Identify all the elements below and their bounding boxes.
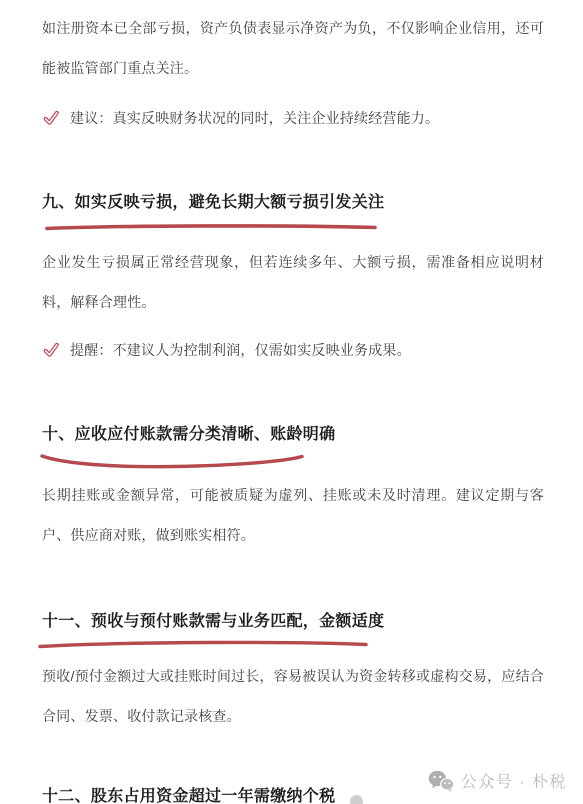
document-page: 如注册资本已全部亏损，资产负债表显示净资产为负，不仅影响企业信用，还可能被监管部…: [0, 0, 583, 804]
red-underline-section-11: [38, 639, 544, 649]
check-icon: [42, 109, 60, 127]
red-underline-section-10: [40, 453, 544, 469]
check-icon: [42, 341, 60, 359]
section-11-paragraph: 预收/预付金额过大或挂账时间过长，容易被误认为资金转移或虚构交易，应结合合同、发…: [42, 656, 544, 736]
partial-watermark-dot: [350, 795, 363, 804]
tip-row-reminder: 提醒：不建议人为控制利润，仅需如实反映业务成果。: [42, 330, 544, 370]
section-10-heading: 十、应收应付账款需分类清晰、账龄明确: [42, 420, 544, 450]
tip-text-suggestion: 建议：真实反映财务状况的同时，关注企业持续经营能力。: [70, 108, 439, 128]
section-11-heading: 十一、预收与预付账款需与业务匹配，金额适度: [42, 607, 544, 637]
watermark-publisher: 公众号 · 朴税: [428, 769, 567, 792]
wechat-icon: [428, 770, 454, 792]
watermark-label: 公众号 · 朴税: [461, 769, 567, 792]
section-9-paragraph: 企业发生亏损属正常经营现象，但若连续多年、大额亏损，需准备相应说明材料，解释合理…: [42, 242, 544, 322]
article-content: 如注册资本已全部亏损，资产负债表显示净资产为负，不仅影响企业信用，还可能被监管部…: [0, 0, 583, 804]
section-10-paragraph: 长期挂账或金额异常，可能被质疑为虚列、挂账或未及时清理。建议定期与客户、供应商对…: [42, 475, 544, 555]
tip-row-suggestion: 建议：真实反映财务状况的同时，关注企业持续经营能力。: [42, 98, 544, 138]
section-9-heading: 九、如实反映亏损，避免长期大额亏损引发关注: [42, 188, 544, 218]
red-underline-section-9: [45, 223, 544, 231]
tip-text-reminder: 提醒：不建议人为控制利润，仅需如实反映业务成果。: [70, 340, 411, 360]
intro-paragraph: 如注册资本已全部亏损，资产负债表显示净资产为负，不仅影响企业信用，还可能被监管部…: [42, 8, 544, 88]
